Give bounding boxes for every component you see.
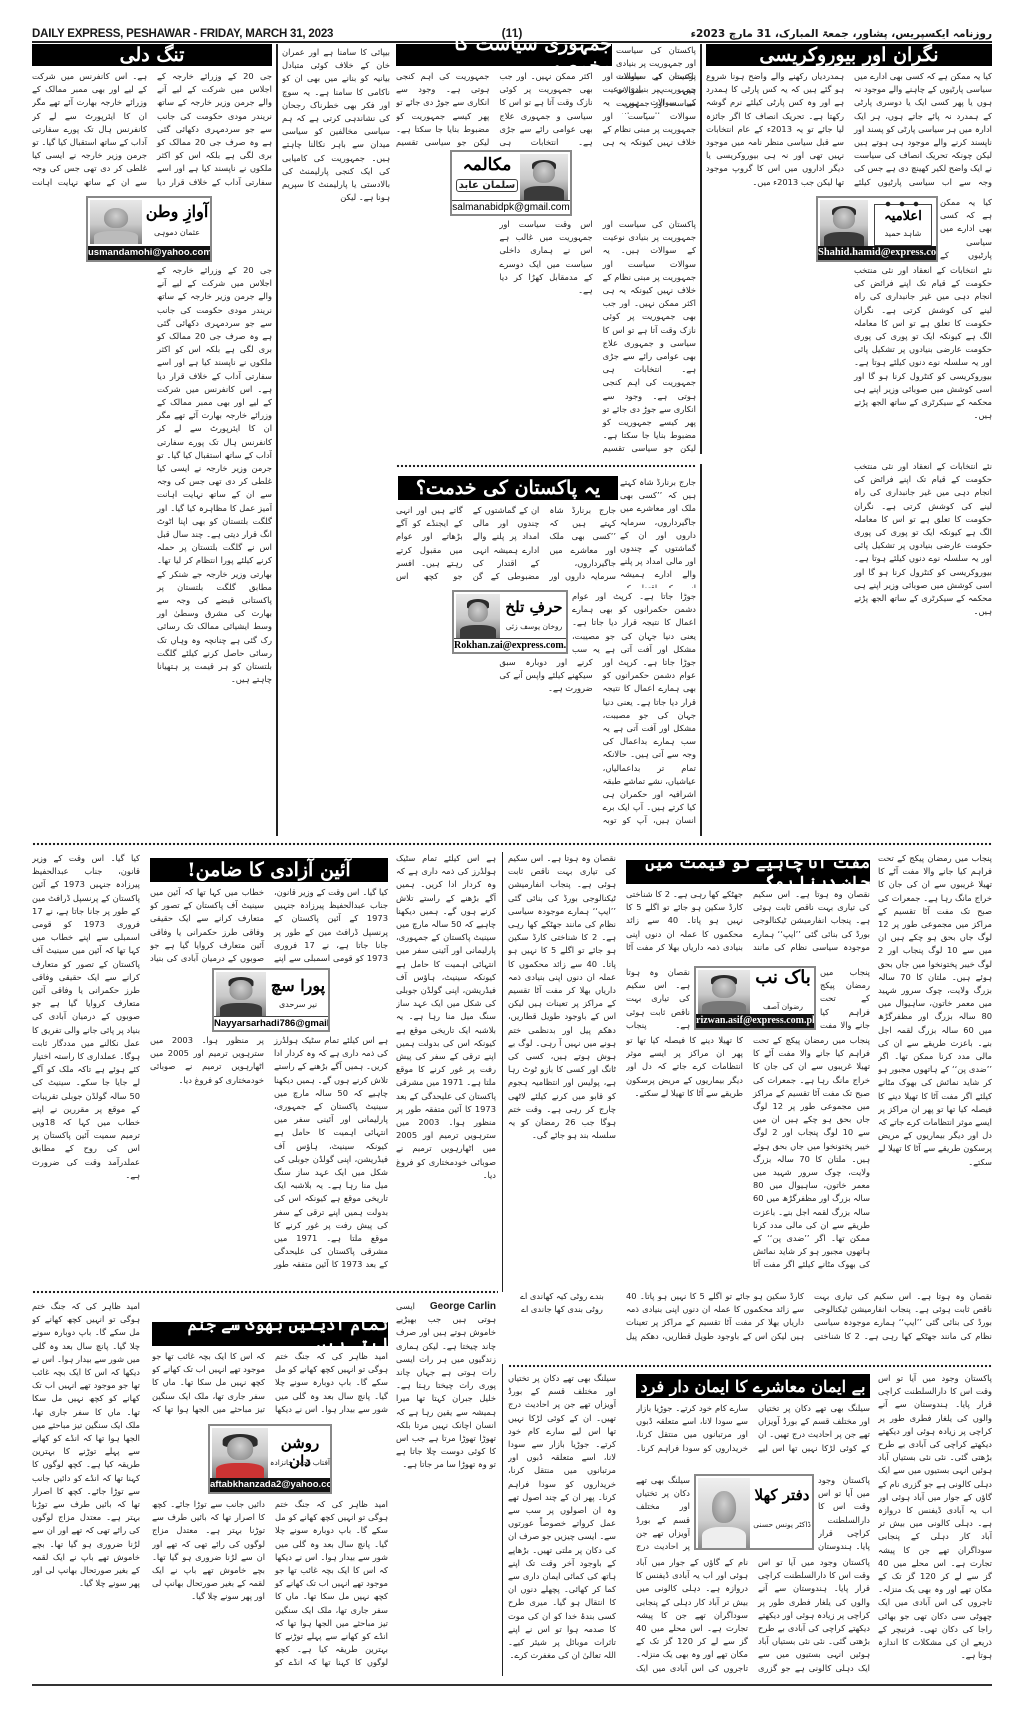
article-title-jamhoori-siyasat: جمہوری سیاست کا مخمصہ [396, 44, 612, 66]
columnist-email: usmandamohi@yahoo.com [88, 246, 210, 260]
columnist-box-iman: دفتر کھلا ڈاکٹر یونس حسنی [694, 1474, 814, 1550]
article-text-aaeen-lead: کیا گیا۔ اس وقت کے وزیر قانون، جناب عبدا… [32, 852, 140, 1282]
columnist-photo [212, 1428, 268, 1478]
columnist-name: ڈاکٹر یونس حسنی [752, 1520, 812, 1529]
article-text-khidmat-body: جوڑا جاتا ہے۔ کرپٹ اور عوام دشمن حکمرانو… [396, 656, 696, 836]
poem-block: بندے روٹی کیہ کھاندی اے روٹی بندی کھا جا… [508, 1290, 616, 1356]
columnist-name: سلمان عابد [456, 179, 518, 192]
article-text-khidmat-quote: جارج برنارڈ شاہ کہتے ہیں کہ ’’کسی بھی مل… [620, 476, 696, 588]
columnist-photo [698, 1478, 750, 1548]
column-divider [502, 852, 503, 1292]
columnist-photo [698, 970, 750, 1014]
section-divider [508, 1364, 992, 1368]
article-text-iman-wrap: سیلنگ بھی تھے دکان پر تختیاں اور مختلف ق… [636, 1474, 690, 1554]
article-text-bhook-top: امید ظاہر کی کہ جنگ ختم ہوگی تو انہیں کچ… [152, 1350, 388, 1420]
column-logo: حرفِ تلخ [502, 598, 566, 616]
article-text-iman-body: پاکستان وجود میں آیا تو اس وقت اس کا دار… [636, 1556, 870, 1676]
poem-line: روٹی بندی کھا جاندی اے [508, 1303, 616, 1316]
article-text-tang-dili-body: جی 20 کے وزرائے خارجہ کے اجلاس میں شرکت … [32, 264, 272, 836]
columnist-email: Shahid.hamid@express.com.pk [818, 246, 936, 260]
article-text-muft-wrap-right: پنجاب میں رمضان پیکج کے تحت فراہم کیا جا… [820, 966, 870, 1030]
article-text-nigran-continued: نئے انتخابات کے انعقاد اور نئی منتخب حکو… [706, 460, 992, 836]
article-text-nigran-body: نئے انتخابات کے انعقاد اور نئی منتخب حکو… [706, 264, 992, 454]
article-text-muft-end: نقصان وہ ہوتا ہے۔ اس سکیم کی تیاری بہت ن… [626, 1290, 992, 1356]
article-text-nigran-lead: کیا یہ ممکن ہے کہ کسی بھی ادارے میں سیاس… [706, 70, 992, 192]
column-divider [276, 44, 278, 836]
column-logo: اعلامیہ [875, 209, 931, 224]
article-title-bhook-azyatein: تمام اذیتیں بھوک سے جنم لیتی ہیں [152, 1322, 388, 1346]
columnist-name: عثمان دموہی [144, 228, 210, 237]
article-title-nigran-bureaucracy: نگران اور بیوروکریسی [706, 44, 992, 66]
columnist-name: رضوان آصف [752, 1002, 814, 1011]
article-text-bhook-quote: George Carlin ایسی ہوتی ہیں جب بھیڑیے خا… [396, 1300, 496, 1676]
article-text-muft-wrap: نقصان وہ ہوتا ہے۔ اس سکیم کی تیاری بہت ن… [626, 966, 690, 1030]
article-text-aaeen-body: ہے اس کیلئے تمام سٹیک ہولڈرز کی ذمہ داری… [150, 1034, 388, 1284]
article-text-khidmat-lead: جارج برنارڈ شاہ کہتے ہیں کہ ’’کسی بھی مل… [396, 504, 616, 588]
quote-author-name: George Carlin [430, 1300, 496, 1313]
article-text-muft-lead: پنجاب میں رمضان پیکج کے تحت فراہم کیا جا… [878, 852, 992, 1282]
article-text-iman-wrap-right: پاکستان وجود میں آیا تو اس وقت اس کا دار… [818, 1474, 870, 1554]
columnist-name: شاہد حمید [875, 229, 931, 238]
columnist-photo [456, 594, 500, 638]
header-publication-date: DAILY EXPRESS, PESHAWAR - FRIDAY, MARCH … [32, 28, 333, 40]
columnist-email: aftabkhanzada2@yahoo.com [210, 1478, 330, 1492]
columnist-box-aaeen: پورا سچ نیر سرحدی Nayyarsarhadi786@gmail… [212, 968, 330, 1032]
column-divider [502, 1364, 503, 1676]
section-divider [32, 1290, 498, 1294]
columnist-box-bhook: روشن دان آفتاب احمد خانزادہ aftabkhanzad… [208, 1424, 332, 1494]
article-text-iman-top: سیلنگ بھی تھے دکان پر تختیاں اور مختلف ق… [636, 1402, 870, 1468]
column-logo: مکالمہ [454, 154, 520, 175]
column-logo: باک نب [752, 970, 814, 986]
columnist-email: salmanabidpk@gmail.com [452, 200, 570, 214]
columnist-box-khidmat: حرفِ تلخ روخان یوسف زئی Rokhan.zai@expre… [452, 590, 568, 654]
article-text-muft-top: نقصان وہ ہوتا ہے۔ اس سکیم کی تیاری بہت ن… [626, 888, 870, 964]
article-text-jamhoori-continuation: بیپائی کا سامنا ہے اور عمران خان کے خلاف… [282, 46, 390, 836]
column-logo: دفتر کھلا [752, 1486, 812, 1504]
article-text-bhook-body: امید ظاہر کی کہ جنگ ختم ہوگی تو انہیں کچ… [152, 1498, 388, 1676]
article-text-jamhoori-body: پاکستان کی سیاست اور جمہوریت پر بنیادی ن… [396, 218, 696, 468]
section-divider [396, 464, 696, 468]
article-title-pakistan-ki-khidmat: یہ پاکستان کی خدمت؟ [398, 476, 618, 500]
column-divider [700, 464, 702, 836]
poem-line: بندے روٹی کیہ کھاندی اے [508, 1290, 616, 1303]
columnist-photo [216, 972, 266, 1016]
columnist-box-tang-dili: آوازِ وطن عثمان دموہی usmandamohi@yahoo.… [86, 196, 212, 262]
article-text-aaeen-continued: ہے اس کیلئے تمام سٹیک ہولڈرز کی ذمہ داری… [396, 852, 496, 1282]
columnist-name: آفتاب احمد خانزادہ [270, 1458, 330, 1467]
article-text-nigran-wrap: کیا یہ ممکن ہے کہ کسی بھی ادارے میں سیاس… [940, 196, 992, 262]
article-text-muft-continued: نقصان وہ ہوتا ہے۔ اس سکیم کی تیاری بہت ن… [508, 852, 616, 1282]
columnist-photo [820, 200, 868, 246]
columnist-box-jamhoori: مکالمہ سلمان عابد salmanabidpk@gmail.com [450, 150, 572, 216]
article-title-aaeen-azadi: آئین آزادی کا ضامن! [150, 858, 388, 882]
notepad-icon: اعلامیہ شاہد حمید [874, 204, 932, 246]
article-title-tang-dili: تنگ دلی [32, 44, 272, 66]
columnist-email: Nayyarsarhadi786@gmail.com [214, 1016, 328, 1030]
columnist-name: روخان یوسف زئی [502, 622, 566, 631]
quote-text: ایسی ہوتی ہیں جب بھیڑیے خاموش ہوتے ہیں ا… [396, 1301, 496, 1469]
columnist-box-muft: باک نب رضوان آصف rizwan.asif@express.com… [694, 966, 816, 1030]
article-text-khidmat-wrap: جوڑا جاتا ہے۔ کرپٹ اور عوام دشمن حکمرانو… [572, 590, 696, 654]
article-title-be-iman-muashra: بے ایمان معاشرے کا ایمان دار فرد [636, 1374, 870, 1398]
columnist-name: نیر سرحدی [268, 1000, 328, 1009]
columnist-email: Rokhan.zai@express.com.pk [454, 638, 566, 652]
header-urdu-date: روزنامہ ایکسپریس، پشاور، جمعۃ المبارک، 3… [691, 28, 992, 40]
columnist-box-nigran: اعلامیہ شاہد حمید Shahid.hamid@express.c… [816, 196, 938, 262]
article-text-tang-dili-lead: جی 20 کے وزرائے خارجہ کے اجلاس میں شرکت … [32, 70, 272, 195]
column-logo: آوازِ وطن [144, 202, 210, 221]
article-text-jamhoori-intro: پاکستان کی سیاست اور جمہوریت پر بنیادی ن… [616, 44, 696, 114]
article-text-iman-lead: پاکستان وجود میں آیا تو اس وقت اس کا دار… [878, 1372, 992, 1676]
page-bottom-rule [32, 1684, 992, 1686]
columnist-email: rizwan.asif@express.com.pk [696, 1014, 814, 1028]
column-logo: پورا سچ [268, 976, 328, 995]
article-text-iman-continued: سیلنگ بھی تھے دکان پر تختیاں اور مختلف ق… [508, 1372, 616, 1676]
column-divider [700, 44, 702, 454]
article-text-bhook-continued: امید ظاہر کی کہ جنگ ختم ہوگی تو انہیں کچ… [32, 1300, 140, 1676]
columnist-photo [520, 154, 568, 200]
article-text-muft-body: پنجاب میں رمضان پیکج کے تحت فراہم کیا جا… [626, 1034, 870, 1284]
section-divider [32, 842, 992, 846]
article-title-muft-aata: مفت آٹا چاہیے تو قیمت میں جان دینا ہوگی [626, 860, 870, 884]
article-text-aaeen-top: کیا گیا۔ اس وقت کے وزیر قانون، جناب عبدا… [150, 886, 388, 968]
columnist-photo [90, 200, 142, 244]
